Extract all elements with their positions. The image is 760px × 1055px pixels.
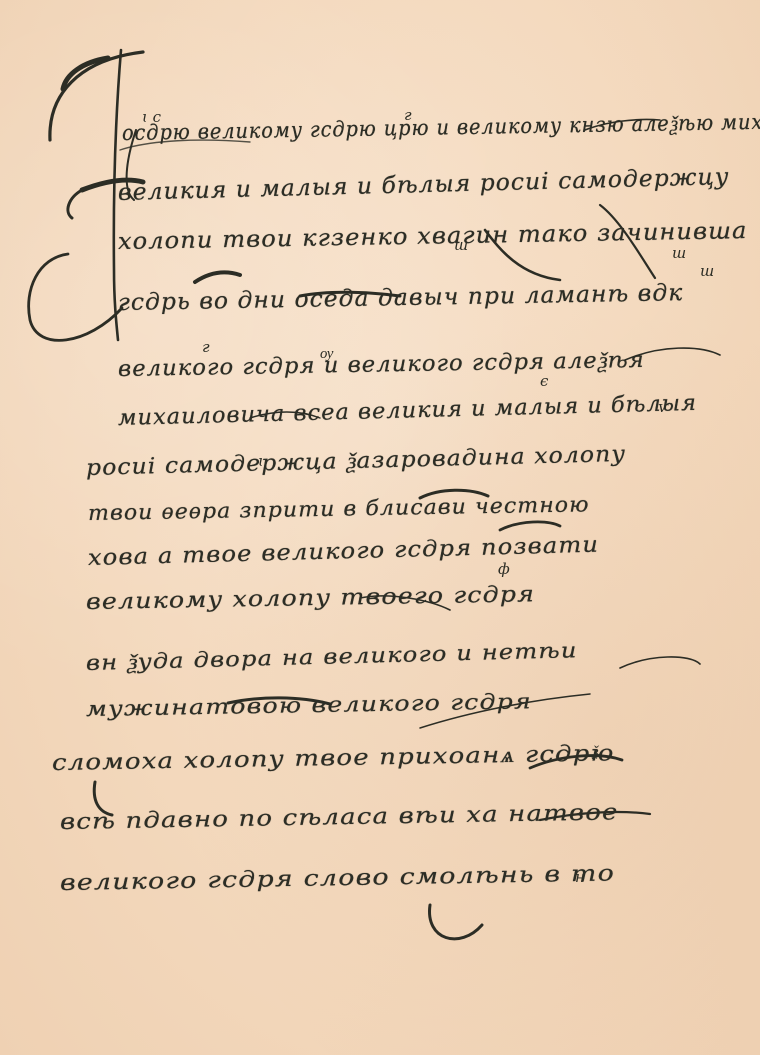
manuscript-line: сломоха холопу твое прихоанѧ гсдрю <box>52 740 615 776</box>
manuscript-line: осдрю великому гсдрю црю и великому кнзю… <box>122 107 760 146</box>
manuscript-line: великия и малыя и бѣлыя росиі самодержцу <box>118 164 730 206</box>
manuscript-line: гсдрь во дни оседа давыч при ламанѣ вдк <box>118 280 684 316</box>
manuscript-page: осдрю великому гсдрю црю и великому кнзю… <box>0 0 760 1055</box>
manuscript-line: великому холопу твоего гсдря <box>86 582 535 615</box>
manuscript-line: мужинатовою великого гсдря <box>86 689 532 721</box>
superscript-mark: є <box>540 372 548 390</box>
manuscript-line: великого гсдря и великого гсдря алеѯѣя <box>118 347 645 382</box>
superscript-mark: ѯ <box>592 742 598 761</box>
superscript-mark: н <box>575 868 585 886</box>
superscript-mark: ꙇ <box>258 452 264 470</box>
manuscript-line: хова а твое великого гсдря позвати <box>88 533 600 571</box>
manuscript-line: великого гсдря слово смолѣнь в то <box>60 861 615 896</box>
superscript-mark: г <box>404 106 412 124</box>
manuscript-line: всѣ пдавно по сѣласа вѣи ха натвое <box>60 800 619 835</box>
manuscript-line: росиі самодержца ѯазаровадина холопу <box>86 441 627 481</box>
superscript-mark: ш <box>454 236 468 254</box>
manuscript-line: вн ѯуда двора на великого и нетѣи <box>86 638 578 676</box>
superscript-mark: ш <box>672 244 686 262</box>
superscript-mark: ѹ <box>320 344 333 363</box>
manuscript-line: холопи твои кгзенко хвагин тако зачинивш… <box>118 218 748 255</box>
superscript-mark: ш <box>700 262 714 280</box>
superscript-mark: ѵ <box>658 398 668 416</box>
superscript-mark: ꙇ с <box>142 108 161 126</box>
manuscript-line: михаиловича всеа великия и малыя и бѣлыя <box>118 391 698 431</box>
manuscript-line: твои ѳеѳра зприти в блисави честною <box>88 492 590 525</box>
superscript-mark: ф <box>498 560 510 578</box>
superscript-mark: г <box>202 338 210 356</box>
